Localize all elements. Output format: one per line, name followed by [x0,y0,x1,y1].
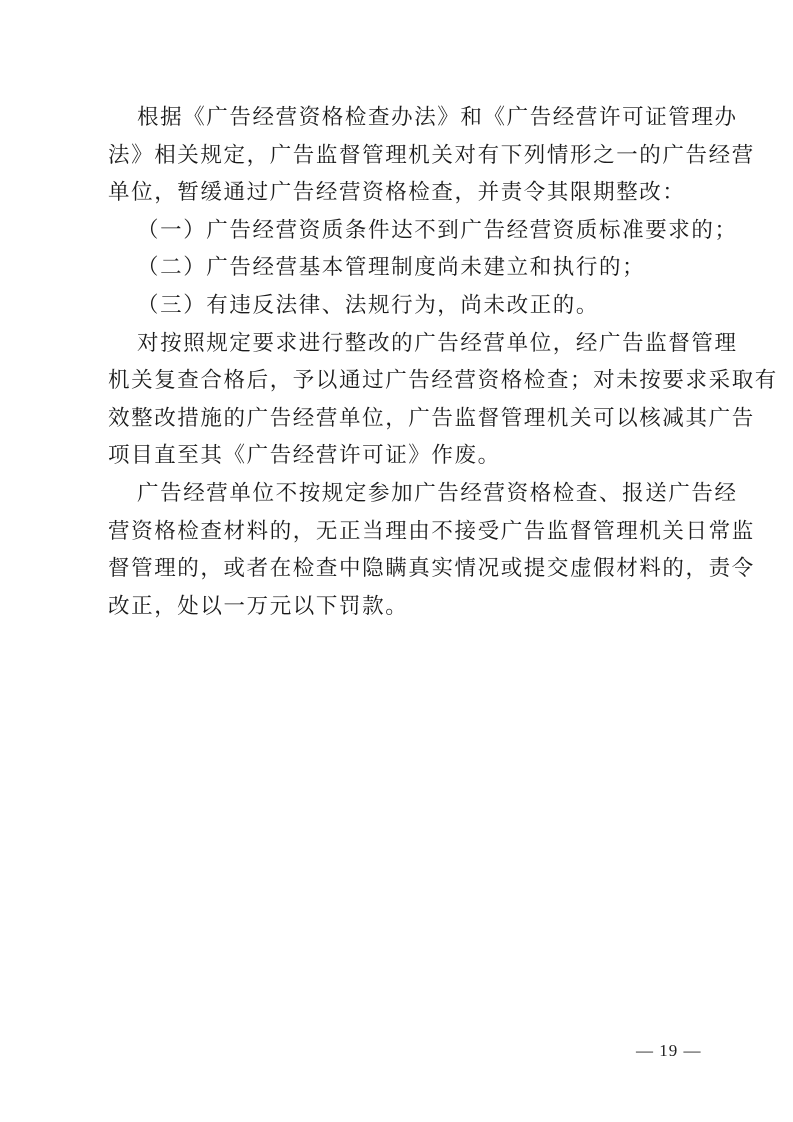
text-line: （三）有违反法律、法规行为，尚未改正的。 [108,287,703,325]
text-line: 法》相关规定，广告监督管理机关对有下列情形之一的广告经营 [108,137,703,175]
list-item-1: （一）广告经营资质条件达不到广告经营资质标准要求的； [108,212,703,250]
text-line: （二）广告经营基本管理制度尚未建立和执行的； [108,249,703,287]
text-line: 对按照规定要求进行整改的广告经营单位，经广告监督管理 [108,325,703,363]
paragraph-rectification: 对按照规定要求进行整改的广告经营单位，经广告监督管理 机关复查合格后，予以通过广… [108,325,703,475]
text-line: 单位，暂缓通过广告经营资格检查，并责令其限期整改： [108,174,703,212]
text-line: 效整改措施的广告经营单位，广告监督管理机关可以核减其广告 [108,400,703,438]
list-item-2: （二）广告经营基本管理制度尚未建立和执行的； [108,249,703,287]
text-line: 改正，处以一万元以下罚款。 [108,588,703,626]
document-body: 根据《广告经营资格检查办法》和《广告经营许可证管理办 法》相关规定，广告监督管理… [108,99,703,625]
page-number: — 19 — [636,1041,702,1061]
paragraph-penalty: 广告经营单位不按规定参加广告经营资格检查、报送广告经 营资格检查材料的，无正当理… [108,475,703,625]
text-line: 机关复查合格后，予以通过广告经营资格检查；对未按要求采取有 [108,362,703,400]
paragraph-regulation-basis: 根据《广告经营资格检查办法》和《广告经营许可证管理办 法》相关规定，广告监督管理… [108,99,703,212]
text-line: 根据《广告经营资格检查办法》和《广告经营许可证管理办 [108,99,703,137]
text-line: （一）广告经营资质条件达不到广告经营资质标准要求的； [108,212,703,250]
text-line: 广告经营单位不按规定参加广告经营资格检查、报送广告经 [108,475,703,513]
text-line: 项目直至其《广告经营许可证》作废。 [108,437,703,475]
list-item-3: （三）有违反法律、法规行为，尚未改正的。 [108,287,703,325]
text-line: 营资格检查材料的，无正当理由不接受广告监督管理机关日常监 [108,513,703,551]
text-line: 督管理的，或者在检查中隐瞒真实情况或提交虚假材料的，责令 [108,550,703,588]
document-page: 根据《广告经营资格检查办法》和《广告经营许可证管理办 法》相关规定，广告监督管理… [0,0,793,1122]
